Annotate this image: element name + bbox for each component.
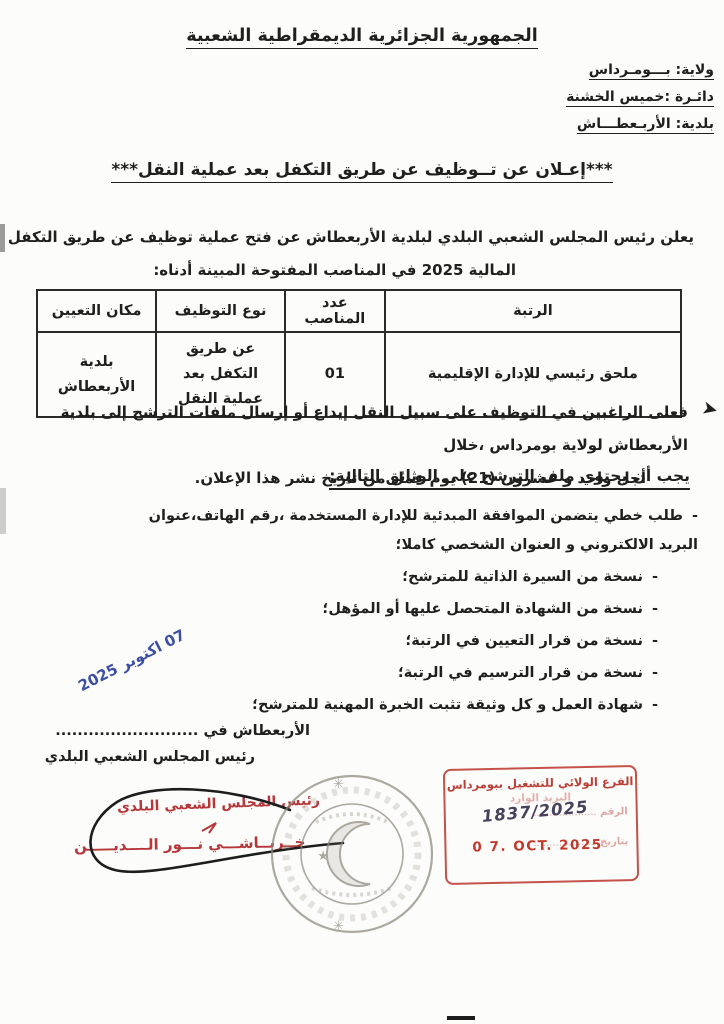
announcement-title: ***إعـلان عن تــوظيف عن طريق التكفل بعد … — [0, 160, 724, 180]
table-header-row: الرتبة عدد المناصب نوع التوظيف مكان التع… — [37, 290, 681, 332]
registry-number-row: الرقم .................... 1837/2025 — [446, 806, 637, 836]
document-item: -طلب خطي يتضمن الموافقة المبدئية للإدارة… — [58, 502, 698, 560]
place-date-line: الأربعطاش في .......................... — [55, 723, 310, 739]
wilaya-line: ولاية: بـــومـرداس — [566, 57, 714, 84]
header-recruitment-type: نوع التوظيف — [156, 290, 285, 332]
scan-edge-artifact — [0, 488, 6, 534]
asterisk-bottom-icon: ✳ — [333, 919, 344, 934]
header-assignment-place: مكان التعيين — [37, 290, 156, 332]
application-note-line-1: فعلى الراغبين في التوظيف على سبيل النقل … — [22, 396, 688, 462]
arrow-bullet-icon: ➤ — [700, 396, 721, 421]
registry-date-label: بتاريخ — [600, 836, 629, 848]
bullet-dash: - — [692, 508, 698, 524]
registry-date-row: بتاريخ .................... 0 7. OCT. 20… — [446, 836, 637, 866]
scanned-announcement-document: الجمهورية الجزائرية الديمقراطية الشعبية … — [0, 0, 724, 1024]
bullet-dash: - — [652, 569, 658, 585]
republic-header-text: الجمهورية الجزائرية الديمقراطية الشعبية — [186, 26, 538, 49]
asterisk-top-icon: ✳ — [333, 777, 344, 792]
header-post-count: عدد المناصب — [285, 290, 385, 332]
scan-edge-artifact — [0, 224, 5, 252]
daira-line: دائـرة :خميس الخشنة — [566, 84, 714, 111]
document-item: -نسخة من الشهادة المتحصل عليها أو المؤهل… — [58, 595, 698, 624]
header-rank: الرتبة — [385, 290, 681, 332]
registry-date-value: 0 7. OCT. 2025 — [472, 837, 603, 856]
intro-line-2: المالية 2025 في المناصب المفتوحة المبينة… — [4, 254, 694, 287]
intro-paragraph: يعلن رئيس المجلس الشعبي البلدي لبلدية ال… — [4, 221, 694, 287]
documents-list: -طلب خطي يتضمن الموافقة المبدئية للإدارة… — [58, 502, 698, 723]
municipal-round-stamp: ★ ✳ ✳ — [266, 770, 438, 938]
registry-stamp: الفرع الولائي للتشغيل ببومرداس البريد ال… — [443, 765, 639, 885]
signer-title: رئيس المجلس الشعبي البلدي — [45, 749, 255, 765]
bullet-dash: - — [652, 665, 658, 681]
crescent-icon — [327, 822, 370, 886]
intro-line-1: يعلن رئيس المجلس الشعبي البلدي لبلدية ال… — [4, 221, 694, 254]
commune-line: بلدية: الأربـعطـــاش — [566, 111, 714, 138]
registry-title: الفرع الولائي للتشغيل ببومرداس — [445, 774, 635, 792]
republic-header: الجمهورية الجزائرية الديمقراطية الشعبية — [0, 26, 724, 46]
registry-number-label: الرقم — [600, 806, 628, 818]
bullet-dash: - — [652, 697, 658, 713]
bullet-dash: - — [652, 633, 658, 649]
star-icon: ★ — [317, 849, 329, 864]
documents-heading: يجب أن يحتوي ملف الترشح على الوثائق التا… — [329, 467, 690, 485]
scan-artifact-bar — [447, 1016, 475, 1020]
bullet-dash: - — [652, 601, 658, 617]
document-item: -نسخة من السيرة الذاتية للمترشح؛ — [58, 563, 698, 592]
authority-block: ولاية: بـــومـرداس دائـرة :خميس الخشنة ب… — [566, 57, 714, 138]
document-item: -شهادة العمل و كل وثيقة تثبت الخبرة المه… — [58, 691, 698, 720]
document-item: -نسخة من قرار الترسيم في الرتبة؛ — [58, 659, 698, 688]
